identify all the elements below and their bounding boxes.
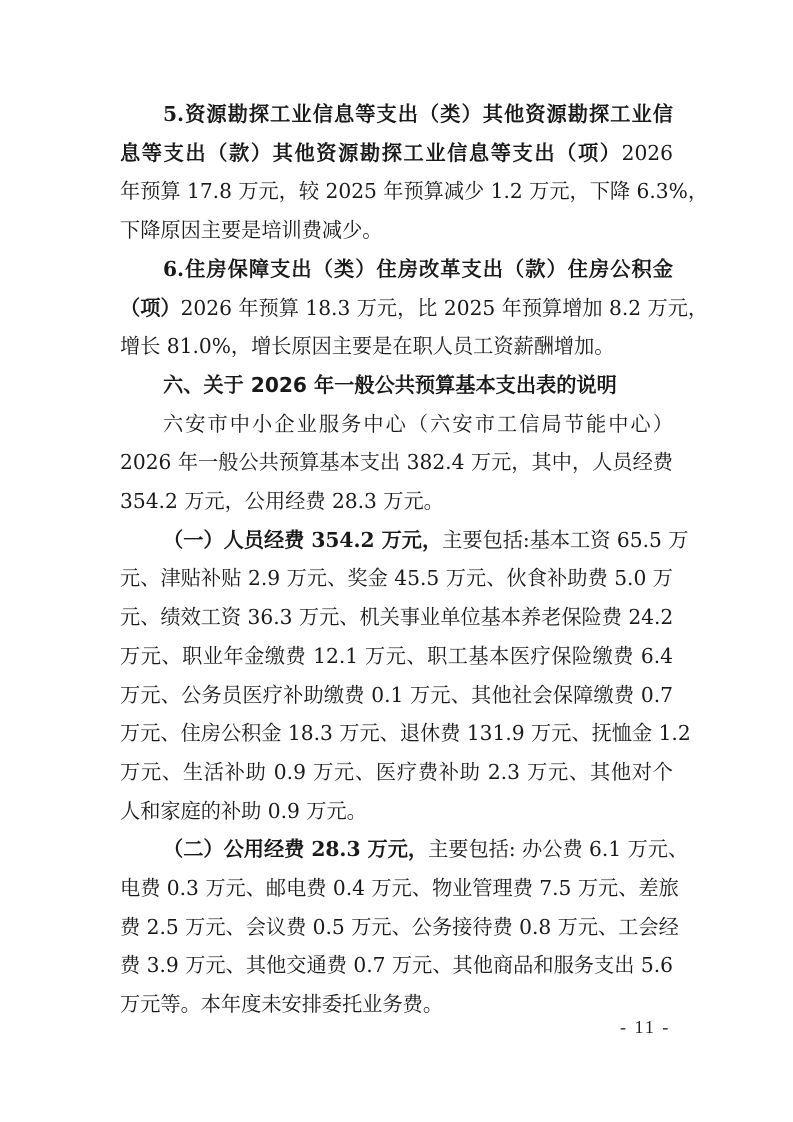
text-line: 六、关于 2026 年一般公共预算基本支出表的说明	[163, 370, 673, 400]
text-span: 下降原因主要是培训费减少。	[120, 218, 382, 242]
text-span: 354.2 万元，公用经费 28.3 万元。	[120, 489, 444, 513]
text-span: 2026	[622, 141, 673, 165]
text-span: 主要包括: 办公费 6.1 万元、	[428, 837, 688, 861]
bold-text: 息等支出（款）其他资源勘探工业信息等支出（项）	[120, 141, 622, 165]
text-span: 万元、住房公积金 18.3 万元、退休费 131.9 万元、抚恤金 1.2	[120, 721, 691, 745]
text-line: 万元等。本年度未安排委托业务费。	[120, 989, 673, 1019]
text-line: （一）人员经费 354.2 万元，主要包括:基本工资 65.5 万	[163, 525, 673, 555]
text-span: 年预算 17.8 万元，较 2025 年预算减少 1.2 万元，下降 6.3%，	[120, 179, 708, 203]
text-line: 费 3.9 万元、其他交通费 0.7 万元、其他商品和服务支出 5.6	[120, 950, 673, 980]
text-line: 万元、生活补助 0.9 万元、医疗费补助 2.3 万元、其他对个	[120, 757, 673, 787]
text-line: 费 2.5 万元、会议费 0.5 万元、公务接待费 0.8 万元、工会经	[120, 912, 673, 942]
text-line: 元、津贴补贴 2.9 万元、奖金 45.5 万元、伙食补助费 5.0 万	[120, 563, 673, 593]
text-span: 电费 0.3 万元、邮电费 0.4 万元、物业管理费 7.5 万元、差旅	[120, 876, 679, 900]
bold-text: 5.资源勘探工业信息等支出（类）其他资源勘探工业信	[163, 102, 673, 126]
section-heading: 六、关于 2026 年一般公共预算基本支出表的说明	[163, 373, 617, 397]
text-line: 息等支出（款）其他资源勘探工业信息等支出（项）2026	[120, 138, 673, 168]
text-line: 增长 81.0%，增长原因主要是在职人员工资薪酬增加。	[120, 331, 673, 361]
text-span: 2026 年预算 18.3 万元，比 2025 年预算增加 8.2 万元，	[181, 296, 709, 320]
text-span: 增长 81.0%，增长原因主要是在职人员工资薪酬增加。	[120, 334, 615, 358]
text-line: 354.2 万元，公用经费 28.3 万元。	[120, 486, 673, 516]
text-span: 万元、生活补助 0.9 万元、医疗费补助 2.3 万元、其他对个	[120, 760, 673, 784]
text-line: 年预算 17.8 万元，较 2025 年预算减少 1.2 万元，下降 6.3%，	[120, 176, 673, 206]
text-line: 5.资源勘探工业信息等支出（类）其他资源勘探工业信	[163, 99, 673, 129]
text-line: 元、绩效工资 36.3 万元、机关事业单位基本养老保险费 24.2	[120, 602, 673, 632]
text-span: 2026 年一般公共预算基本支出 382.4 万元，其中，人员经费	[120, 450, 673, 474]
page-number: - 11 -	[620, 1017, 670, 1038]
text-line: 万元、职业年金缴费 12.1 万元、职工基本医疗保险缴费 6.4	[120, 641, 673, 671]
text-line: 下降原因主要是培训费减少。	[120, 215, 673, 245]
text-line: 六安市中小企业服务中心（六安市工信局节能中心）	[163, 409, 673, 439]
text-span: 元、绩效工资 36.3 万元、机关事业单位基本养老保险费 24.2	[120, 605, 673, 629]
text-line: （二）公用经费 28.3 万元，主要包括: 办公费 6.1 万元、	[163, 834, 673, 864]
text-span: 人和家庭的补助 0.9 万元。	[120, 799, 367, 823]
bold-text: （一）人员经费 354.2 万元，	[163, 528, 442, 552]
text-span: 主要包括:基本工资 65.5 万	[442, 528, 688, 552]
text-line: 人和家庭的补助 0.9 万元。	[120, 796, 673, 826]
text-line: （项）2026 年预算 18.3 万元，比 2025 年预算增加 8.2 万元，	[120, 293, 673, 323]
text-line: 电费 0.3 万元、邮电费 0.4 万元、物业管理费 7.5 万元、差旅	[120, 873, 673, 903]
text-span: 费 2.5 万元、会议费 0.5 万元、公务接待费 0.8 万元、工会经	[120, 915, 679, 939]
bold-text: 6.住房保障支出（类）住房改革支出（款）住房公积金	[163, 257, 673, 281]
text-span: 万元、职业年金缴费 12.1 万元、职工基本医疗保险缴费 6.4	[120, 644, 673, 668]
text-span: 万元、公务员医疗补助缴费 0.1 万元、其他社会保障缴费 0.7	[120, 683, 673, 707]
text-line: 万元、住房公积金 18.3 万元、退休费 131.9 万元、抚恤金 1.2	[120, 718, 673, 748]
text-line: 万元、公务员医疗补助缴费 0.1 万元、其他社会保障缴费 0.7	[120, 680, 673, 710]
text-line: 6.住房保障支出（类）住房改革支出（款）住房公积金	[163, 254, 673, 284]
text-span: 万元等。本年度未安排委托业务费。	[120, 992, 443, 1016]
text-span: 六安市中小企业服务中心（六安市工信局节能中心）	[163, 412, 673, 436]
bold-text: （项）	[120, 296, 181, 320]
text-span: 费 3.9 万元、其他交通费 0.7 万元、其他商品和服务支出 5.6	[120, 953, 673, 977]
text-line: 2026 年一般公共预算基本支出 382.4 万元，其中，人员经费	[120, 447, 673, 477]
text-span: 元、津贴补贴 2.9 万元、奖金 45.5 万元、伙食补助费 5.0 万	[120, 566, 673, 590]
bold-text: （二）公用经费 28.3 万元，	[163, 837, 428, 861]
